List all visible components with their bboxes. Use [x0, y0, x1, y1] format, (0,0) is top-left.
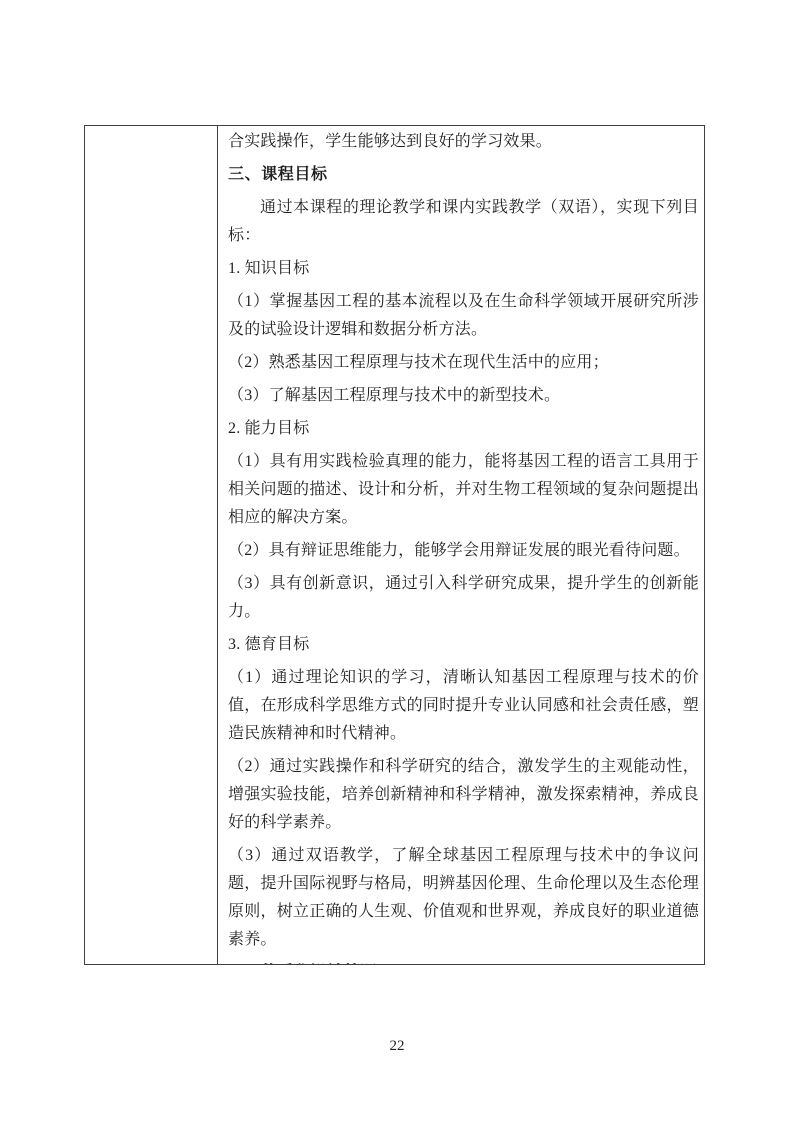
document-page: 合实践操作，学生能够达到良好的学习效果。三、课程目标通过本课程的理论教学和课内实…: [0, 0, 794, 1123]
paragraph: （3）通过双语教学，了解全球基因工程原理与技术中的争议问题，提升国际视野与格局，…: [228, 842, 699, 954]
paragraph: 3. 德育目标: [228, 631, 699, 659]
paragraph: （1）掌握基因工程的基本流程以及在生命科学领域开展研究所涉及的试验设计逻辑和数据…: [228, 288, 699, 344]
paragraph: （3）具有创新意识，通过引入科学研究成果，提升学生的创新能力。: [228, 570, 699, 626]
paragraph: （2）具有辩证思维能力，能够学会用辩证发展的眼光看待问题。: [228, 537, 699, 565]
paragraph: （1）具有用实践检验真理的能力，能将基因工程的语言工具用于相关问题的描述、设计和…: [228, 448, 699, 532]
content-table: 合实践操作，学生能够达到良好的学习效果。三、课程目标通过本课程的理论教学和课内实…: [84, 125, 705, 965]
page-number: 22: [0, 1038, 794, 1055]
section-heading: 三、课程目标: [228, 161, 699, 189]
paragraph: 通过本课程的理论教学和课内实践教学（双语），实现下列目标：: [228, 194, 699, 250]
table-cell-left: [85, 126, 218, 964]
section-heading: 四、体系化设计情况: [228, 959, 699, 964]
paragraph: （2）熟悉基因工程原理与技术在现代生活中的应用；: [228, 349, 699, 377]
paragraph: 合实践操作，学生能够达到良好的学习效果。: [228, 128, 699, 156]
table-cell-right: 合实践操作，学生能够达到良好的学习效果。三、课程目标通过本课程的理论教学和课内实…: [218, 126, 704, 964]
paragraph: （2）通过实践操作和科学研究的结合，激发学生的主观能动性，增强实验技能，培养创新…: [228, 753, 699, 837]
paragraph: 2. 能力目标: [228, 415, 699, 443]
paragraph: 1. 知识目标: [228, 255, 699, 283]
paragraph: （1）通过理论知识的学习，清晰认知基因工程原理与技术的价值，在形成科学思维方式的…: [228, 664, 699, 748]
paragraph: （3）了解基因工程原理与技术中的新型技术。: [228, 382, 699, 410]
